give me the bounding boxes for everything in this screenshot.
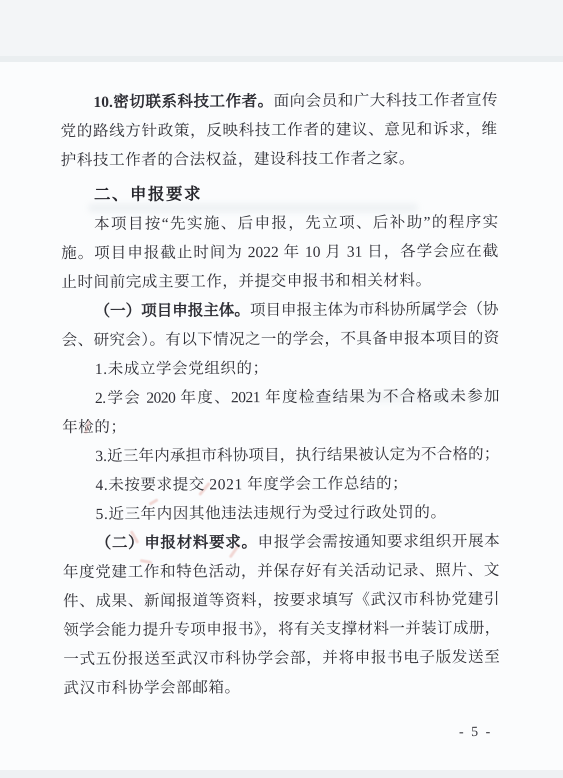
text-run: 5.近三年内因其他违法违规行为受过行政处罚的。 bbox=[96, 504, 447, 523]
page-number: - 5 - bbox=[459, 725, 492, 741]
text-line: 5.近三年内因其他违法违规行为受过行政处罚的。 bbox=[63, 498, 500, 529]
text-line: 领学会能力提升专项申报书》，将有关支撑材料一并装订成册， bbox=[63, 614, 500, 645]
text-line: 年检的； bbox=[62, 411, 499, 442]
text-line: 4.未按要求提交 2021 年度学会工作总结的； bbox=[62, 469, 499, 500]
text-run: 本项目按“先实施、后申报，先立项、后补助”的程序实 bbox=[94, 214, 498, 233]
text-line: 会、研究会）。有以下情况之一的学会，不具备申报本项目的资格： bbox=[62, 324, 499, 355]
text-run: 申报学会需按通知要求组织开展本 bbox=[258, 533, 500, 551]
text-run: 会、研究会）。有以下情况之一的学会，不具备申报本项目的资格： bbox=[62, 330, 499, 355]
text-line: （一）项目申报主体。项目申报主体为市科协所属学会（协 bbox=[61, 295, 498, 326]
text-line: 10.密切联系科技工作者。面向会员和广大科技工作者宣传 bbox=[60, 86, 497, 117]
bold-run: （一）项目申报主体。 bbox=[95, 302, 250, 320]
text-line: 2.学会 2020 年度、2021 年度检查结果为不合格或未参加 bbox=[62, 382, 499, 413]
text-run: 面向会员和广大科技工作者宣传 bbox=[274, 92, 498, 110]
text-line: 1.未成立学会党组织的； bbox=[62, 353, 499, 384]
text-run: 一式五份报送至武汉市科协学会部，并将申报书电子版发送至 bbox=[63, 649, 500, 668]
text-line: 施。项目申报截止时间为 2022 年 10 月 31 日，各学会应在截 bbox=[61, 237, 498, 268]
text-run: 2.学会 2020 年度、2021 年度检查结果为不合格或未参加 bbox=[95, 388, 499, 407]
text-line: 3.近三年内承担市科协项目，执行结果被认定为不合格的； bbox=[62, 440, 499, 471]
text-line: 武汉市科协学会部邮箱。 bbox=[63, 672, 500, 703]
scanned-document-page: 10.密切联系科技工作者。面向会员和广大科技工作者宣传 党的路线方针政策，反映科… bbox=[0, 0, 563, 778]
text-run: 护科技工作者的合法权益，建设科技工作者之家。 bbox=[61, 150, 415, 169]
text-line: 止时间前完成主要工作，并提交申报书和相关材料。 bbox=[61, 266, 498, 297]
text-line: 本项目按“先实施、后申报，先立项、后补助”的程序实 bbox=[61, 208, 498, 239]
text-run: 件、成果、新闻报道等资料，按要求填写《武汉市科协党建引 bbox=[63, 591, 500, 610]
text-run: 施。项目申报截止时间为 2022 年 10 月 31 日，各学会应在截 bbox=[61, 243, 498, 262]
text-line: （二）申报材料要求。申报学会需按通知要求组织开展本 bbox=[63, 527, 500, 558]
text-line: 年度党建工作和特色活动，并保存好有关活动记录、照片、文 bbox=[63, 556, 500, 587]
bold-run: 10.密切联系科技工作者。 bbox=[93, 93, 273, 111]
text-line: 件、成果、新闻报道等资料，按要求填写《武汉市科协党建引 bbox=[63, 585, 500, 616]
text-run: 3.近三年内承担市科协项目，执行结果被认定为不合格的； bbox=[95, 446, 499, 465]
text-run: 年度党建工作和特色活动，并保存好有关活动记录、照片、文 bbox=[63, 562, 500, 581]
scan-tone-band-top bbox=[0, 0, 563, 56]
text-run: 年检的； bbox=[62, 419, 126, 436]
text-run: 4.未按要求提交 2021 年度学会工作总结的； bbox=[95, 475, 408, 494]
text-run: 领学会能力提升专项申报书》，将有关支撑材料一并装订成册， bbox=[63, 620, 500, 639]
text-run: 1.未成立学会党组织的； bbox=[95, 360, 269, 378]
section-heading: 二、申报要求 bbox=[61, 179, 498, 210]
text-run: 止时间前完成主要工作，并提交申报书和相关材料。 bbox=[61, 272, 431, 291]
document-body: 10.密切联系科技工作者。面向会员和广大科技工作者宣传 党的路线方针政策，反映科… bbox=[60, 86, 500, 703]
text-line: 一式五份报送至武汉市科协学会部，并将申报书电子版发送至 bbox=[63, 643, 500, 674]
scan-tone-band-bottom bbox=[0, 770, 563, 778]
bold-run: （二）申报材料要求。 bbox=[96, 534, 258, 552]
scan-tone-band-line bbox=[0, 56, 563, 62]
text-line: 护科技工作者的合法权益，建设科技工作者之家。 bbox=[61, 144, 498, 175]
text-run: 武汉市科协学会部邮箱。 bbox=[63, 679, 240, 697]
text-run: 项目申报主体为市科协所属学会（协 bbox=[250, 301, 499, 319]
text-line: 党的路线方针政策，反映科技工作者的建议、意见和诉求，维 bbox=[61, 115, 498, 146]
text-run: 党的路线方针政策，反映科技工作者的建议、意见和诉求，维 bbox=[61, 121, 498, 140]
